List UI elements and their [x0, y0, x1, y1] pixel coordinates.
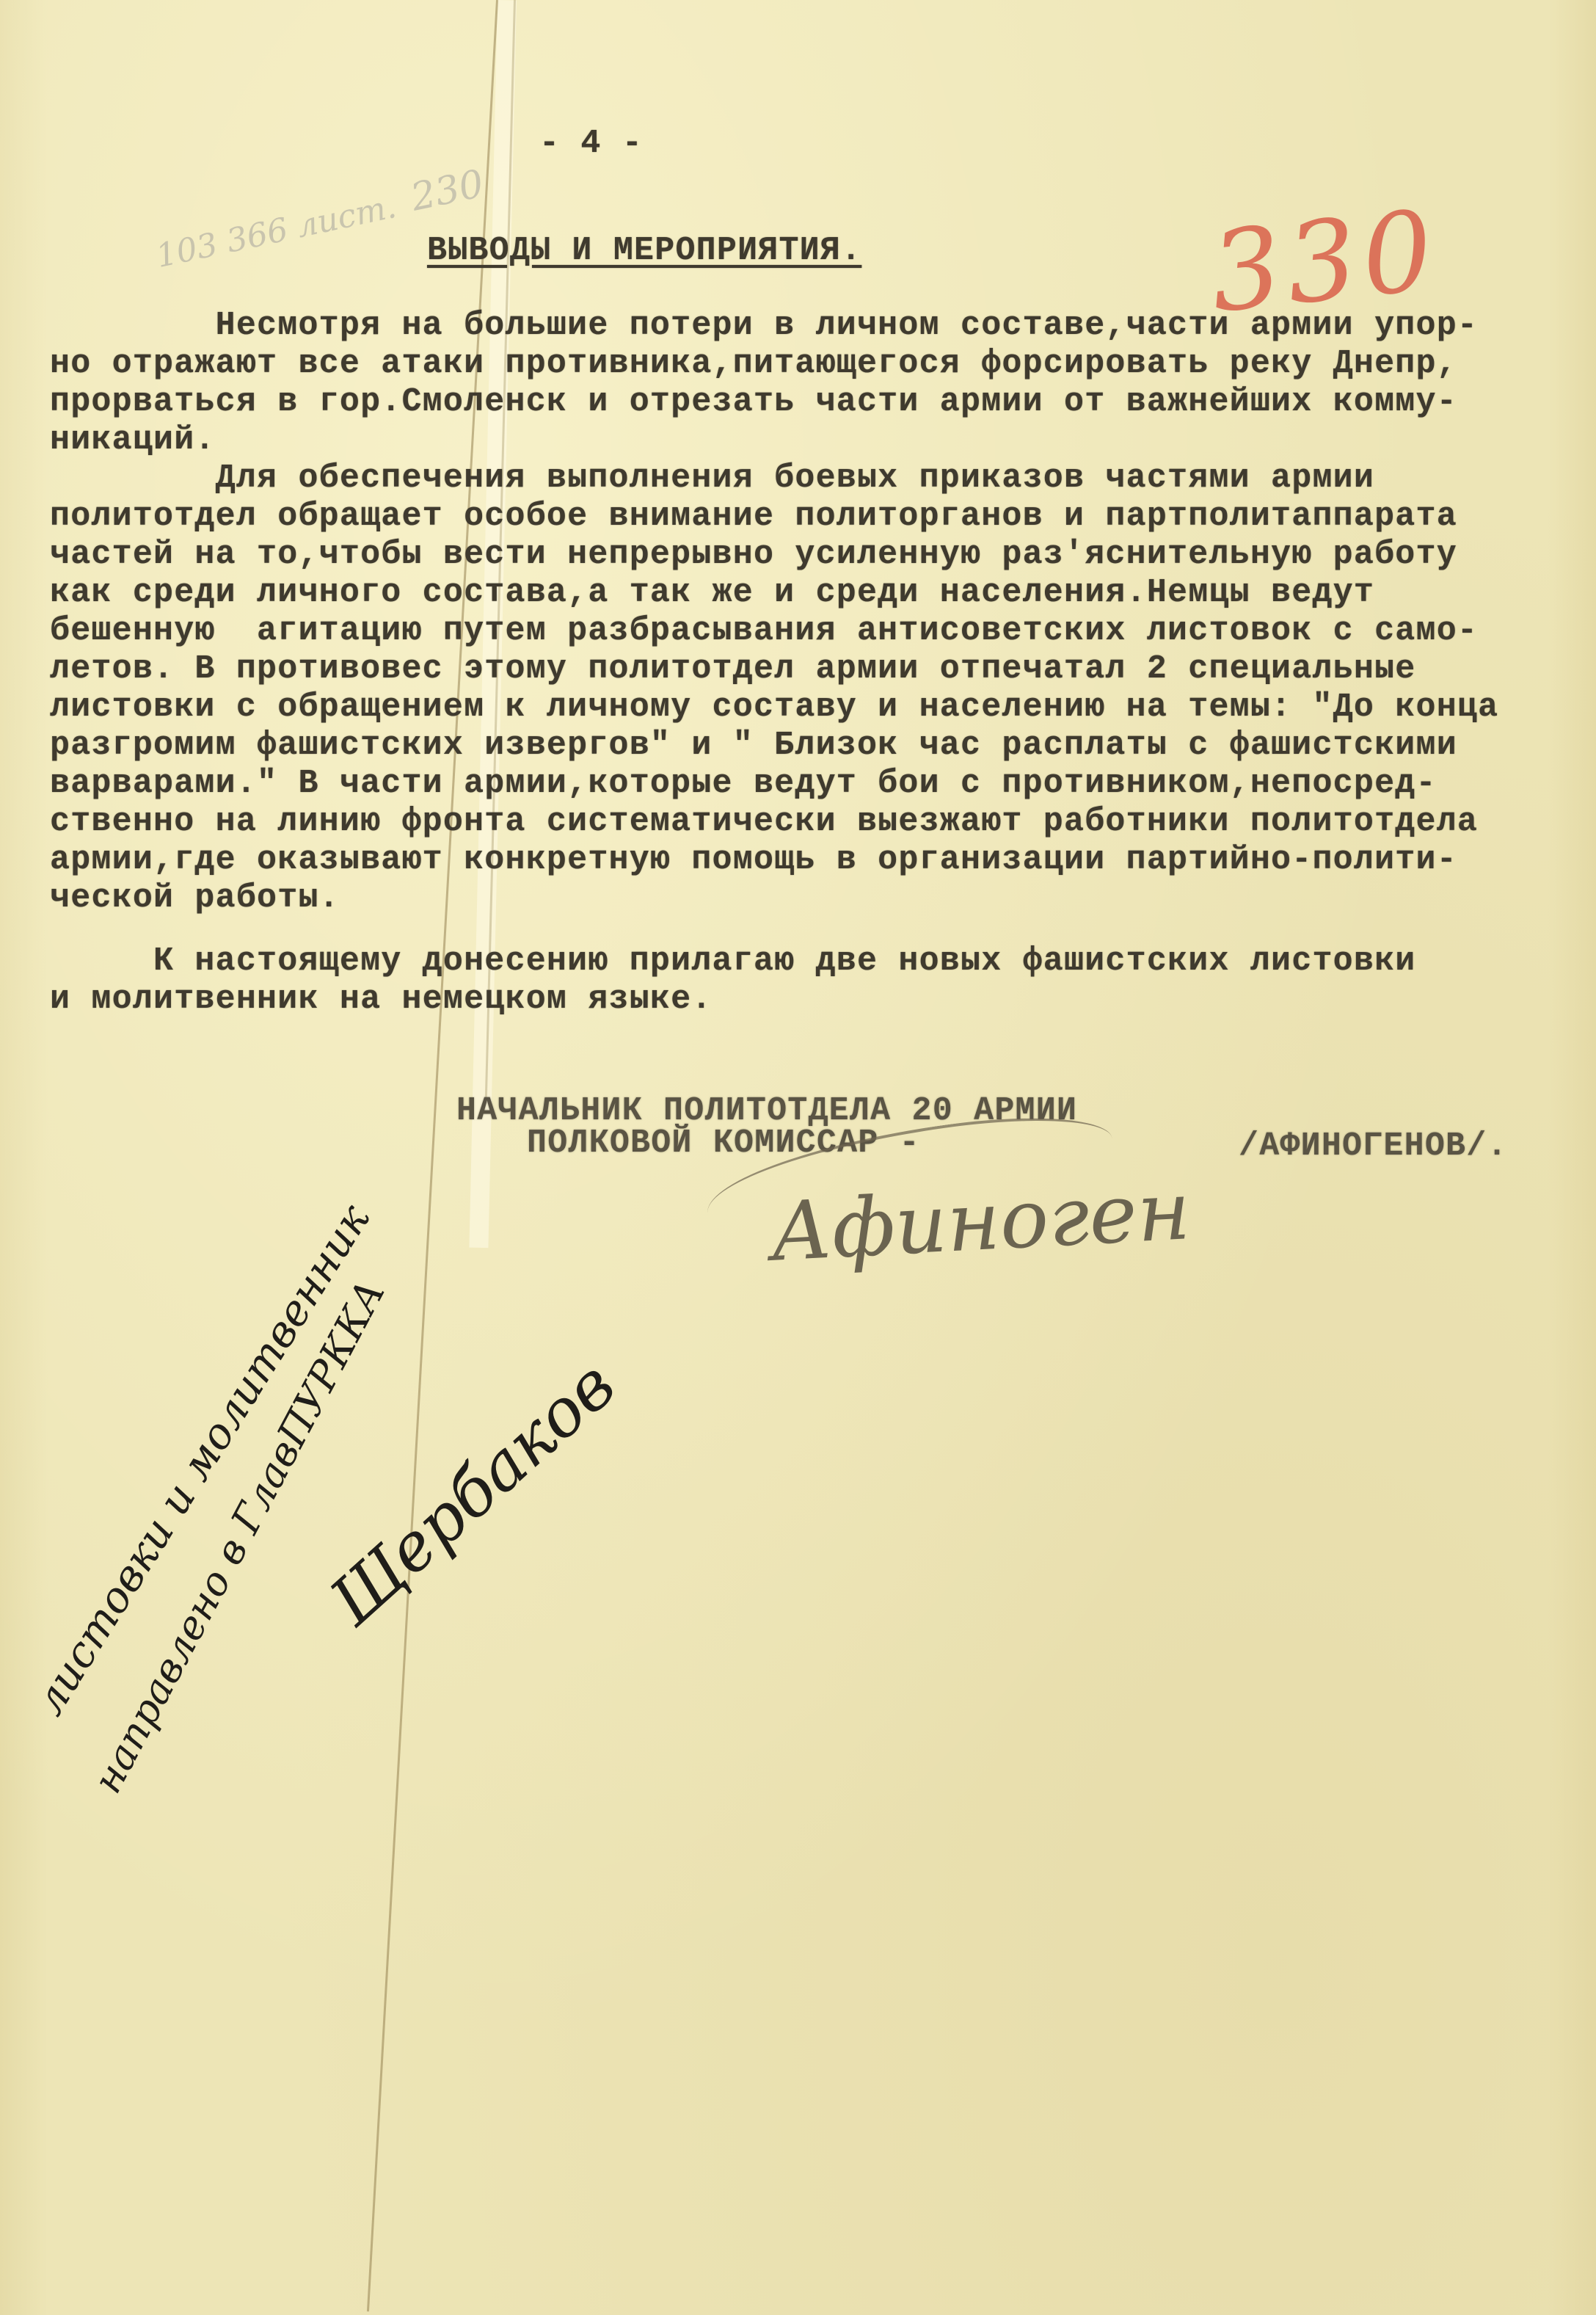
text-line: Для обеспечения выполнения боевых приказ…	[50, 459, 1374, 497]
text-line: К настоящему донесению прилагаю две новы…	[50, 942, 1416, 980]
text-line: летов. В противовес этому политотдел арм…	[50, 650, 1416, 688]
text-line: разгромим фашистских извергов" и " Близо…	[50, 727, 1457, 764]
text-line: и молитвенник на немецком языке.	[50, 981, 713, 1018]
text-line: армии,где оказывают конкретную помощь в …	[50, 841, 1457, 879]
pencil-archive-mark: 103 366 лист.	[153, 188, 399, 275]
signatory-name: /АФИНОГЕНОВ/.	[1239, 1127, 1508, 1165]
text-line: прорваться в гор.Смоленск и отрезать час…	[50, 383, 1457, 421]
pencil-archive-mark: 230	[407, 161, 488, 219]
handwritten-resolution-signature: Щербаков	[316, 1346, 630, 1640]
text-line: ческой работы.	[50, 879, 340, 917]
text-line: варварами." В части армии,которые ведут …	[50, 765, 1437, 802]
text-line: политотдел обращает особое внимание поли…	[50, 498, 1457, 535]
text-line: никаций.	[50, 421, 216, 459]
text-line: но отражают все атаки противника,питающе…	[50, 345, 1457, 382]
text-line: листовки с обращением к личному составу …	[50, 688, 1498, 726]
section-heading: ВЫВОДЫ И МЕРОПРИЯТИЯ.	[427, 232, 861, 269]
page-number: - 4 -	[539, 125, 643, 162]
text-line: ственно на линию фронта систематически в…	[50, 803, 1478, 840]
text-line: бешенную агитацию путем разбрасывания ан…	[50, 612, 1478, 650]
text-line: Несмотря на большие потери в личном сост…	[50, 307, 1478, 344]
text-line: частей на то,чтобы вести непрерывно усил…	[50, 536, 1457, 573]
text-line: как среди личного состава,а так же и сре…	[50, 574, 1374, 611]
